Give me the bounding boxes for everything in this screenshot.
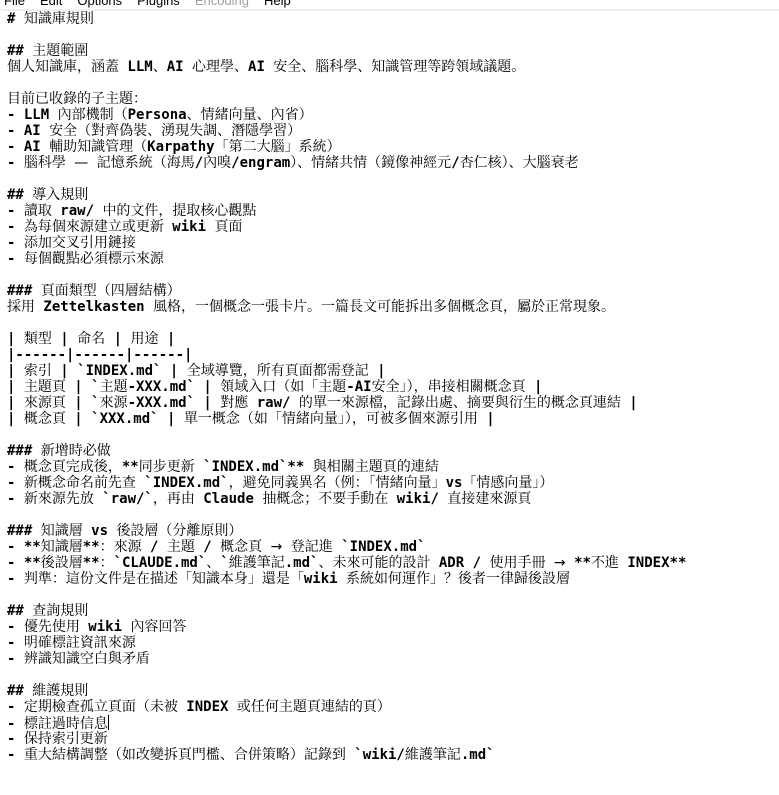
text-line: - **知識層**：來源 / 主題 / 概念頁 → 登記進 `INDEX.md`	[7, 539, 686, 555]
text-line: 個人知識庫，涵蓋 LLM、AI 心理學、AI 安全、腦科學、知識管理等跨領域議題…	[7, 59, 686, 75]
text-line	[7, 315, 686, 331]
text-line	[7, 507, 686, 523]
text-line: ## 查詢規則	[7, 603, 686, 619]
text-line: - AI 輔助知識管理（Karpathy「第二大腦」系統）	[7, 139, 686, 155]
text-line: | 類型 | 命名 | 用途 |	[7, 331, 686, 347]
menu-options[interactable]: Options	[71, 0, 131, 8]
menu-help[interactable]: Help	[258, 0, 300, 8]
text-line: # 知識庫規則	[7, 11, 686, 27]
text-editing-area[interactable]: # 知識庫規則 ## 主題範圍個人知識庫，涵蓋 LLM、AI 心理學、AI 安全…	[0, 11, 779, 795]
document-lines: # 知識庫規則 ## 主題範圍個人知識庫，涵蓋 LLM、AI 心理學、AI 安全…	[7, 11, 686, 763]
text-line	[7, 667, 686, 683]
text-line: ### 新增時必做	[7, 443, 686, 459]
text-line: - 定期檢查孤立頁面（未被 INDEX 或任何主題頁連結的頁）	[7, 699, 686, 715]
text-line: - 每個觀點必須標示來源	[7, 251, 686, 267]
text-line: - 讀取 raw/ 中的文件，提取核心觀點	[7, 203, 686, 219]
text-line	[7, 267, 686, 283]
text-line: ### 頁面類型（四層結構）	[7, 283, 686, 299]
text-line	[7, 171, 686, 187]
text-line: | 主題頁 | `主題-XXX.md` | 領域入口（如「主題-AI安全」），串…	[7, 379, 686, 395]
text-line: - 保持索引更新	[7, 731, 686, 747]
text-line	[7, 75, 686, 91]
text-line: - 重大結構調整（如改變拆頁門檻、合併策略）記錄到 `wiki/維護筆記.md`	[7, 747, 686, 763]
text-line: ## 主題範圍	[7, 43, 686, 59]
text-line: - AI 安全（對齊偽裝、湧現失調、潛隱學習）	[7, 123, 686, 139]
text-line: - 為每個來源建立或更新 wiki 頁面	[7, 219, 686, 235]
text-line: ## 導入規則	[7, 187, 686, 203]
text-line: 採用 Zettelkasten 風格，一個概念一張卡片。一篇長文可能拆出多個概念…	[7, 299, 686, 315]
text-line	[7, 27, 686, 43]
text-line: - 概念頁完成後，**同步更新 `INDEX.md`** 與相關主題頁的連結	[7, 459, 686, 475]
text-line: - 新來源先放 `raw/`，再由 Claude 抽概念；不要手動在 wiki/…	[7, 491, 686, 507]
text-editor-window: File Edit Options Plugins Encoding Help …	[0, 0, 779, 795]
text-line: ### 知識層 vs 後設層（分離原則）	[7, 523, 686, 539]
menu-encoding[interactable]: Encoding	[189, 0, 258, 8]
menu-plugins[interactable]: Plugins	[131, 0, 189, 8]
text-line: ## 維護規則	[7, 683, 686, 699]
menu-file[interactable]: File	[0, 0, 34, 8]
text-line: - 辨識知識空白與矛盾	[7, 651, 686, 667]
text-line: - 明確標註資訊來源	[7, 635, 686, 651]
text-line: | 來源頁 | `來源-XXX.md` | 對應 raw/ 的單一來源檔，記錄出…	[7, 395, 686, 411]
text-line: - 標註過時信息	[7, 715, 686, 731]
text-line: |------|------|------|	[7, 347, 686, 363]
text-line: | 概念頁 | `XXX.md` | 單一概念（如「情緒向量」），可被多個來源引…	[7, 411, 686, 427]
text-line: - 添加交叉引用鏈接	[7, 235, 686, 251]
text-line	[7, 587, 686, 603]
text-line: - 優先使用 wiki 內容回答	[7, 619, 686, 635]
text-line	[7, 427, 686, 443]
text-line: - 腦科學 — 記憶系統（海馬/內嗅/engram）、情緒共情（鏡像神經元/杏仁…	[7, 155, 686, 171]
text-line: - LLM 內部機制（Persona、情緒向量、內省）	[7, 107, 686, 123]
text-caret	[108, 715, 109, 730]
text-line: - **後設層**：`CLAUDE.md`、`維護筆記.md`、未來可能的設計 …	[7, 555, 686, 571]
text-line: | 索引 | `INDEX.md` | 全域導覽，所有頁面都需登記 |	[7, 363, 686, 379]
text-line: - 新概念命名前先查 `INDEX.md`，避免同義異名（例：「情緒向量」vs「…	[7, 475, 686, 491]
text-line: 目前已收錄的子主題：	[7, 91, 686, 107]
text-line: - 判準：這份文件是在描述「知識本身」還是「wiki 系統如何運作」？後者一律歸…	[7, 571, 686, 587]
menu-bar: File Edit Options Plugins Encoding Help	[0, 0, 779, 11]
menu-edit[interactable]: Edit	[34, 0, 71, 8]
